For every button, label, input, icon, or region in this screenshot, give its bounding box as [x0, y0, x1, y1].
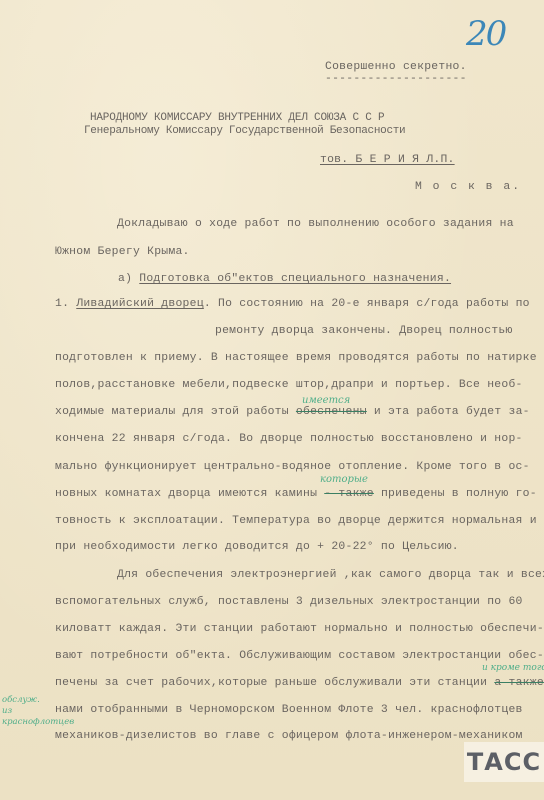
item1-line8-a: новных комнатах дворца имеются камины: [55, 488, 324, 500]
item1-line2: ремонту дворца закончены. Дворец полност…: [215, 324, 513, 338]
power-line4: вают потребности об"екта. Обслуживающим …: [55, 649, 544, 663]
power-line7: механиков-дизелистов во главе с офицером…: [55, 729, 523, 743]
item1-line8: новных комнатах дворца имеются камины - …: [55, 487, 537, 501]
item1-line9: товность к эксплоатации. Температура во …: [55, 514, 537, 528]
item1-line8-b: приведены в полную го-: [374, 488, 537, 500]
item1-line6: кончена 22 января с/года. Во дворце полн…: [55, 432, 523, 446]
struck-text-takzhe: - также: [324, 488, 374, 500]
item1-line1: 1. Ливадийский дворец. По состоянию на 2…: [55, 297, 530, 311]
power-line5-a: печены за счет рабочих,которые раньше об…: [55, 677, 494, 689]
item1-number: 1.: [55, 298, 69, 310]
handwritten-note-krome-togo: и кроме того: [482, 663, 544, 673]
section-a-prefix: а): [118, 273, 132, 285]
intro-line1: Докладываю о ходе работ по выполнению ос…: [117, 217, 514, 231]
struck-text-a-takzhe: а также: [494, 677, 544, 689]
intro-line2: Южном Берегу Крыма.: [55, 245, 190, 259]
handwritten-margin-note: обслуж. из краснофлотцев: [2, 695, 52, 728]
struck-text-obespecheny: обеспечены: [296, 406, 367, 418]
addressee-line1: НАРОДНОМУ КОМИССАРУ ВНУТРЕННИХ ДЕЛ СОЮЗА…: [90, 111, 384, 125]
item1-line5-b: и эта работа будет за-: [367, 406, 530, 418]
power-line6: нами отобранными в Черноморском Военном …: [55, 703, 523, 717]
item1-line4: полов,расстановке мебели,подвеске штор,д…: [55, 378, 523, 392]
item1-line1-text: . По состоянию на 20-е января с/года раб…: [204, 298, 530, 310]
handwritten-note-kotorye: которые: [320, 474, 368, 485]
item1-title: Ливадийский дворец: [76, 298, 204, 310]
addressee-name: тов. Б Е Р И Я Л.П.: [320, 153, 455, 167]
item1-line3: подготовлен к приему. В настоящее время …: [55, 351, 537, 365]
tass-logo: ТАСС: [467, 748, 541, 776]
classification-rule: --------------------: [325, 72, 467, 86]
item1-line5-a: ходимые материалы для этой работы: [55, 406, 296, 418]
power-line5: печены за счет рабочих,которые раньше об…: [55, 676, 544, 690]
addressee-city: М о с к в а.: [415, 180, 521, 194]
folio-number: 20: [466, 14, 505, 54]
item1-line10: при необходимости легко доводится до + 2…: [55, 540, 459, 554]
power-line1: Для обеспечения электроэнергией ,как сам…: [117, 568, 544, 582]
document-page: 20 Совершенно секретно. ----------------…: [0, 0, 544, 800]
item1-line7: мально функционирует центрально-водяное …: [55, 460, 530, 474]
addressee-line2: Генеральному Комиссару Государственной Б…: [84, 124, 405, 138]
section-a-title: Подготовка об"ектов специального назначе…: [139, 273, 451, 285]
item1-line5: ходимые материалы для этой работы обеспе…: [55, 405, 530, 419]
section-a-heading: а) Подготовка об"ектов специального назн…: [118, 272, 451, 286]
power-line3: киловатт каждая. Эти станции работают но…: [55, 622, 544, 636]
tass-watermark: ТАСС: [464, 742, 544, 782]
power-line2: вспомогательных служб, поставлены 3 дизе…: [55, 595, 523, 609]
